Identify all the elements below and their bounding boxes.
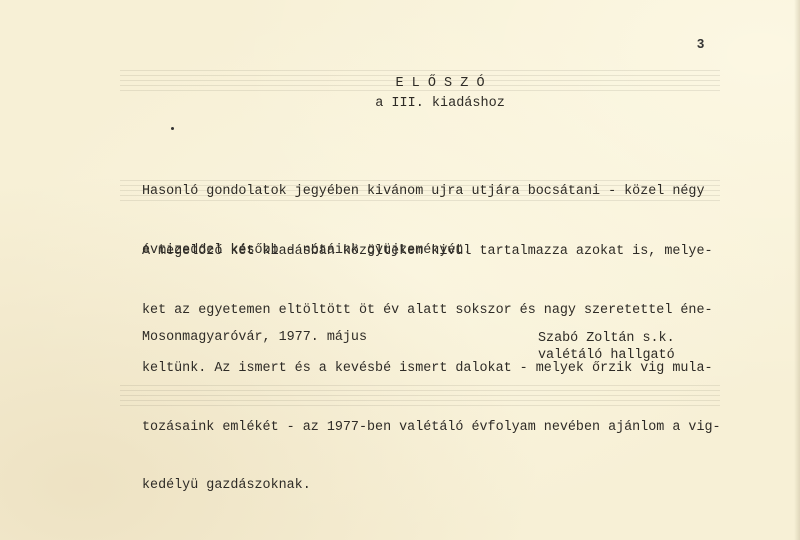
- page-title: E L Ő S Z Ó: [0, 76, 800, 91]
- page-subtitle: a III. kiadáshoz: [0, 96, 800, 111]
- paragraph-line: Hasonló gondolatok jegyében kivánom ujra…: [142, 182, 742, 202]
- stray-dot: [171, 127, 174, 130]
- signature-role: valétáló hallgató: [538, 347, 675, 364]
- paragraph-line: ket az egyetemen eltöltött öt év alatt s…: [142, 301, 742, 321]
- paragraph-line: A megelőző két kiadásban közölteken kivü…: [142, 242, 742, 262]
- place-and-date: Mosonmagyaróvár, 1977. május: [142, 330, 367, 345]
- paragraph-line: kedélyü gazdászoknak.: [142, 476, 742, 496]
- paragraph-2: A megelőző két kiadásban közölteken kivü…: [142, 203, 742, 535]
- scanned-page: 3 E L Ő S Z Ó a III. kiadáshoz Hasonló g…: [0, 0, 800, 540]
- signature-name: Szabó Zoltán s.k.: [538, 330, 675, 347]
- signature-block: Szabó Zoltán s.k. valétáló hallgató: [538, 330, 675, 364]
- paragraph-line: tozásaink emlékét - az 1977-ben valétáló…: [142, 418, 742, 438]
- page-number: 3: [697, 36, 704, 51]
